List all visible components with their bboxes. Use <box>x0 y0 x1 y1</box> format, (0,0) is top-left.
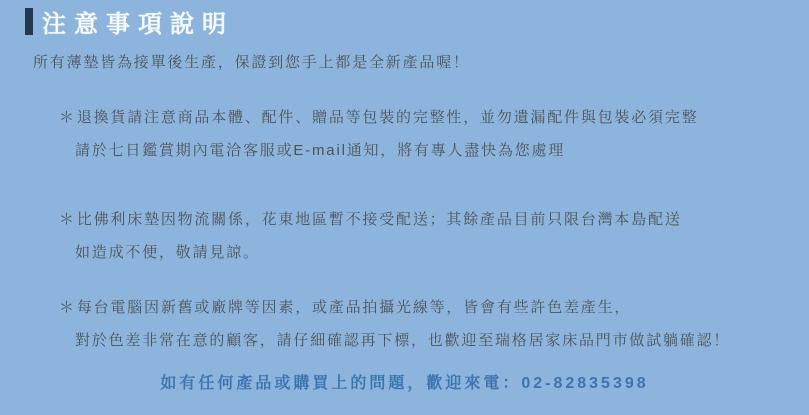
intro-text: 所有薄墊皆為接單後生產，保證到您手上都是全新產品喔！ <box>33 52 809 74</box>
note-line: ＊退換貨請注意商品本體、配件、贈品等包裝的完整性，並勿遺漏配件與包裝必須完整 <box>59 101 809 134</box>
note-line: 如造成不便，敬請見諒。 <box>75 236 809 269</box>
note-line: ＊每台電腦因新舊或廠牌等因素，或產品拍攝光線等，皆會有些許色差產生， <box>59 291 809 324</box>
contact-phone-line: 如有任何產品或購買上的問題，歡迎來電：02-82835398 <box>0 372 809 396</box>
section-header: 注意事項說明 <box>0 0 809 36</box>
note-item-returns: ＊退換貨請注意商品本體、配件、贈品等包裝的完整性，並勿遺漏配件與包裝必須完整 請… <box>59 101 809 167</box>
note-text: 每台電腦因新舊或廠牌等因素，或產品拍攝光線等，皆會有些許色差產生， <box>77 299 631 316</box>
note-line: ＊比佛利床墊因物流關係，花東地區暫不接受配送；其餘產品目前只限台灣本島配送 <box>59 203 809 236</box>
note-line: 請於七日鑑賞期內電洽客服或E-mail通知，將有專人盡快為您處理 <box>75 134 809 167</box>
notice-panel: { "colors": { "background": "#8db4dc", "… <box>0 0 809 415</box>
note-text: 退換貨請注意商品本體、配件、贈品等包裝的完整性，並勿遺漏配件與包裝必須完整 <box>77 109 699 126</box>
asterisk-marker: ＊ <box>59 299 76 316</box>
note-line: 對於色差非常在意的顧客，請仔細確認再下標，也歡迎至瑞格居家床品門市做試躺確認！ <box>75 324 809 357</box>
asterisk-marker: ＊ <box>59 109 76 126</box>
note-item-shipping: ＊比佛利床墊因物流關係，花東地區暫不接受配送；其餘產品目前只限台灣本島配送 如造… <box>59 203 809 269</box>
title-accent-bar <box>25 8 33 35</box>
asterisk-marker: ＊ <box>59 211 76 228</box>
note-text: 比佛利床墊因物流關係，花東地區暫不接受配送；其餘產品目前只限台灣本島配送 <box>77 211 682 228</box>
page-title: 注意事項說明 <box>42 4 234 39</box>
note-item-color-difference: ＊每台電腦因新舊或廠牌等因素，或產品拍攝光線等，皆會有些許色差產生， 對於色差非… <box>59 291 809 357</box>
